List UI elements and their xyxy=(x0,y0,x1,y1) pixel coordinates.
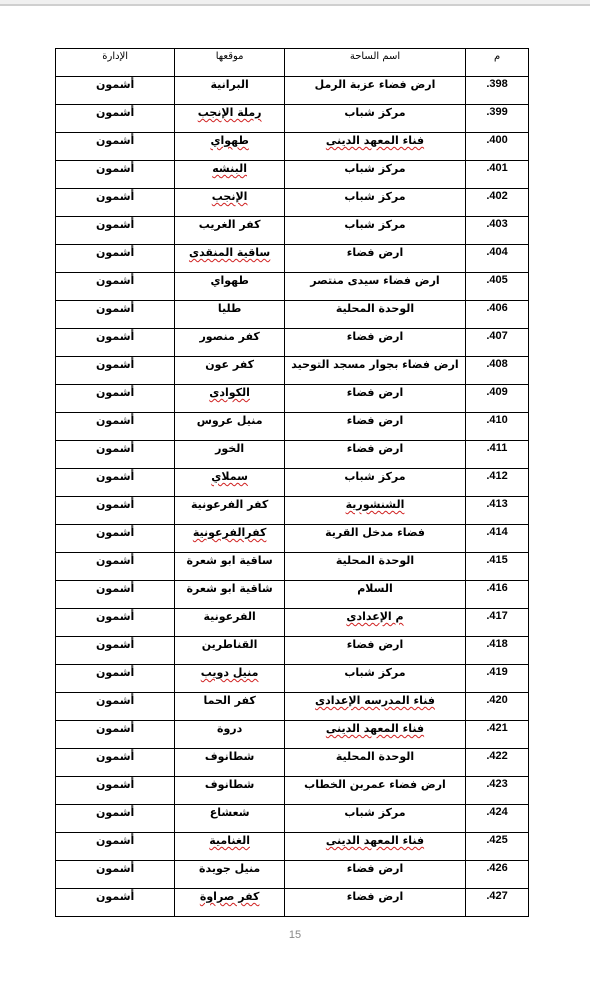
row-number-text: .423 xyxy=(486,778,507,790)
playground-name-text: السلام xyxy=(357,582,393,595)
location-cell: البرانية xyxy=(175,77,285,105)
location-text: الغنامية xyxy=(209,834,250,847)
row-number-text: .399 xyxy=(486,106,507,118)
location-text: شطانوف xyxy=(205,778,254,791)
playground-name-cell: السلام xyxy=(284,581,465,609)
playground-name-text: الوحدة المحلية xyxy=(336,554,414,567)
row-number-cell: .419 xyxy=(466,665,529,693)
row-number-cell: .403 xyxy=(466,217,529,245)
location-cell: الخور xyxy=(175,441,285,469)
location-text: منيل جويدة xyxy=(199,862,260,875)
location-cell: الإنجب xyxy=(175,189,285,217)
location-text: شاقية ابو شعرة xyxy=(187,582,273,595)
administration-cell: أشمون xyxy=(56,273,175,301)
table-row: .401مركز شبابالبنشهأشمون xyxy=(56,161,529,189)
administration-cell: أشمون xyxy=(56,637,175,665)
row-number-cell: .398 xyxy=(466,77,529,105)
playground-name-cell: ارض فضاء بجوار مسجد التوحيد xyxy=(284,357,465,385)
location-cell: شاقية ابو شعرة xyxy=(175,581,285,609)
administration-cell: أشمون xyxy=(56,217,175,245)
administration-text: أشمون xyxy=(96,470,134,483)
row-number-text: .412 xyxy=(486,470,507,482)
header-playground-name: اسم الساحة xyxy=(284,49,465,77)
location-text: دروة xyxy=(217,722,242,735)
table-row: .420فناء المدرسه الإعدادىكفر الحماأشمون xyxy=(56,693,529,721)
table-row: .425فناء المعهد الدينىالغناميةأشمون xyxy=(56,833,529,861)
row-number-text: .422 xyxy=(486,750,507,762)
playground-name-text: ارض فضاء xyxy=(347,638,404,651)
playground-name-text: ارض فضاء عزبة الرمل xyxy=(315,78,436,91)
row-number-cell: .404 xyxy=(466,245,529,273)
playground-name-cell: فناء المعهد الدينى xyxy=(284,133,465,161)
playground-name-text: مركز شباب xyxy=(344,162,405,175)
administration-text: أشمون xyxy=(96,106,134,119)
table-body: .398ارض فضاء عزبة الرملالبرانيةأشمون.399… xyxy=(56,77,529,917)
row-number-cell: .427 xyxy=(466,889,529,917)
location-cell: الكوادى xyxy=(175,385,285,413)
location-text: سملاي xyxy=(211,470,248,483)
location-text: منيل دويب xyxy=(201,666,259,679)
table-row: .413الشنشوريةكفر الفرعونيةأشمون xyxy=(56,497,529,525)
row-number-cell: .405 xyxy=(466,273,529,301)
table-row: .415الوحدة المحليةساقية ابو شعرةأشمون xyxy=(56,553,529,581)
location-cell: شطانوف xyxy=(175,777,285,805)
playground-name-cell: فضاء مدخل القرية xyxy=(284,525,465,553)
playground-name-text: ارض فضاء xyxy=(347,414,404,427)
location-cell: كفر الغريب xyxy=(175,217,285,245)
administration-text: أشمون xyxy=(96,246,134,259)
playground-name-cell: ارض فضاء xyxy=(284,637,465,665)
playground-name-text: الوحدة المحلية xyxy=(336,302,414,315)
playground-name-text: مركز شباب xyxy=(344,666,405,679)
playground-name-cell: فناء المدرسه الإعدادى xyxy=(284,693,465,721)
administration-cell: أشمون xyxy=(56,301,175,329)
table-row: .419مركز شبابمنيل دويبأشمون xyxy=(56,665,529,693)
location-cell: شطانوف xyxy=(175,749,285,777)
location-cell: كفرالفرعونية xyxy=(175,525,285,553)
playground-name-cell: مركز شباب xyxy=(284,217,465,245)
administration-text: أشمون xyxy=(96,358,134,371)
playground-name-cell: فناء المعهد الدينى xyxy=(284,833,465,861)
row-number-cell: .422 xyxy=(466,749,529,777)
playground-name-text: ارض فضاء xyxy=(347,862,404,875)
administration-cell: أشمون xyxy=(56,413,175,441)
administration-cell: أشمون xyxy=(56,525,175,553)
row-number-cell: .407 xyxy=(466,329,529,357)
administration-text: أشمون xyxy=(96,274,134,287)
playground-name-cell: ارض فضاء xyxy=(284,889,465,917)
playground-name-text: مركز شباب xyxy=(344,470,405,483)
playground-name-cell: مركز شباب xyxy=(284,469,465,497)
location-cell: كفر الحما xyxy=(175,693,285,721)
administration-text: أشمون xyxy=(96,890,134,903)
playground-name-cell: ارض فضاء عزبة الرمل xyxy=(284,77,465,105)
administration-cell: أشمون xyxy=(56,889,175,917)
row-number-cell: .399 xyxy=(466,105,529,133)
location-text: ساقية ابو شعرة xyxy=(187,554,273,567)
location-text: القناطرين xyxy=(202,638,258,651)
location-cell: ساقية المنقدى xyxy=(175,245,285,273)
administration-text: أشمون xyxy=(96,134,134,147)
table-row: .417م الإعدادىالفرعونيةأشمون xyxy=(56,609,529,637)
administration-text: أشمون xyxy=(96,190,134,203)
administration-cell: أشمون xyxy=(56,329,175,357)
playground-name-text: فناء المدرسه الإعدادى xyxy=(315,694,435,707)
location-text: شعشاع xyxy=(210,806,250,819)
table-row: .416السلامشاقية ابو شعرةأشمون xyxy=(56,581,529,609)
administration-text: أشمون xyxy=(96,666,134,679)
administration-cell: أشمون xyxy=(56,189,175,217)
location-cell: دروة xyxy=(175,721,285,749)
playground-name-text: ارض فضاء سيدى منتصر xyxy=(310,274,439,287)
playground-name-text: الوحدة المحلية xyxy=(336,750,414,763)
location-text: طهواي xyxy=(210,274,248,287)
location-text: البرانية xyxy=(210,78,248,91)
row-number-cell: .413 xyxy=(466,497,529,525)
administration-cell: أشمون xyxy=(56,357,175,385)
administration-cell: أشمون xyxy=(56,245,175,273)
location-text: الفرعونية xyxy=(203,610,255,623)
row-number-cell: .421 xyxy=(466,721,529,749)
administration-text: أشمون xyxy=(96,638,134,651)
row-number-cell: .426 xyxy=(466,861,529,889)
row-number-text: .417 xyxy=(486,610,507,622)
administration-text: أشمون xyxy=(96,750,134,763)
location-text: كفر صراوة xyxy=(200,890,260,903)
location-text: كفر الحما xyxy=(203,694,255,707)
header-administration: الإدارة xyxy=(56,49,175,77)
row-number-text: .409 xyxy=(486,386,507,398)
administration-cell: أشمون xyxy=(56,441,175,469)
location-cell: منيل دويب xyxy=(175,665,285,693)
row-number-cell: .412 xyxy=(466,469,529,497)
administration-cell: أشمون xyxy=(56,609,175,637)
playground-name-cell: الشنشورية xyxy=(284,497,465,525)
location-cell: الغنامية xyxy=(175,833,285,861)
playground-name-cell: ارض فضاء سيدى منتصر xyxy=(284,273,465,301)
location-cell: رملة الإنجب xyxy=(175,105,285,133)
row-number-cell: .423 xyxy=(466,777,529,805)
row-number-text: .398 xyxy=(486,78,507,90)
location-cell: كفر عون xyxy=(175,357,285,385)
header-location: موقعها xyxy=(175,49,285,77)
row-number-text: .404 xyxy=(486,246,507,258)
row-number-text: .424 xyxy=(486,806,507,818)
playground-name-cell: ارض فضاء xyxy=(284,245,465,273)
playground-name-cell: فناء المعهد الدينى xyxy=(284,721,465,749)
playground-name-cell: مركز شباب xyxy=(284,665,465,693)
table-row: .406الوحدة المحليةطلياأشمون xyxy=(56,301,529,329)
location-cell: كفر الفرعونية xyxy=(175,497,285,525)
table-row: .399مركز شبابرملة الإنجبأشمون xyxy=(56,105,529,133)
row-number-cell: .416 xyxy=(466,581,529,609)
location-cell: منيل عروس xyxy=(175,413,285,441)
row-number-cell: .420 xyxy=(466,693,529,721)
row-number-text: .427 xyxy=(486,890,507,902)
row-number-cell: .402 xyxy=(466,189,529,217)
playground-name-text: ارض فضاء xyxy=(347,442,404,455)
playground-name-text: الشنشورية xyxy=(346,498,405,511)
playground-name-cell: الوحدة المحلية xyxy=(284,749,465,777)
playground-name-cell: مركز شباب xyxy=(284,805,465,833)
administration-text: أشمون xyxy=(96,554,134,567)
location-text: رملة الإنجب xyxy=(198,106,262,119)
row-number-text: .414 xyxy=(486,526,507,538)
table-row: .404ارض فضاءساقية المنقدىأشمون xyxy=(56,245,529,273)
playground-name-cell: م الإعدادى xyxy=(284,609,465,637)
administration-cell: أشمون xyxy=(56,833,175,861)
location-cell: منيل جويدة xyxy=(175,861,285,889)
row-number-text: .421 xyxy=(486,722,507,734)
table-row: .403مركز شبابكفر الغريبأشمون xyxy=(56,217,529,245)
location-text: كفر منصور xyxy=(199,330,259,343)
location-cell: طليا xyxy=(175,301,285,329)
administration-cell: أشمون xyxy=(56,665,175,693)
table-row: .410ارض فضاءمنيل عروسأشمون xyxy=(56,413,529,441)
table-row: .422الوحدة المحليةشطانوفأشمون xyxy=(56,749,529,777)
playground-name-text: ارض فضاء xyxy=(347,330,404,343)
administration-cell: أشمون xyxy=(56,777,175,805)
location-cell: شعشاع xyxy=(175,805,285,833)
administration-text: أشمون xyxy=(96,610,134,623)
row-number-text: .408 xyxy=(486,358,507,370)
table-row: .426ارض فضاءمنيل جويدةأشمون xyxy=(56,861,529,889)
row-number-text: .420 xyxy=(486,694,507,706)
row-number-text: .426 xyxy=(486,862,507,874)
playground-name-cell: مركز شباب xyxy=(284,161,465,189)
playground-name-text: ارض فضاء xyxy=(347,890,404,903)
location-text: كفر الفرعونية xyxy=(191,498,268,511)
playground-name-cell: ارض فضاء xyxy=(284,413,465,441)
table-row: .408ارض فضاء بجوار مسجد التوحيدكفر عونأش… xyxy=(56,357,529,385)
row-number-text: .406 xyxy=(486,302,507,314)
playground-name-text: مركز شباب xyxy=(344,806,405,819)
table-row: .421فناء المعهد الدينىدروةأشمون xyxy=(56,721,529,749)
administration-text: أشمون xyxy=(96,386,134,399)
row-number-text: .425 xyxy=(486,834,507,846)
administration-text: أشمون xyxy=(96,862,134,875)
table-row: .409ارض فضاءالكوادىأشمون xyxy=(56,385,529,413)
administration-text: أشمون xyxy=(96,78,134,91)
table-row: .423ارض فضاء عمربن الخطابشطانوفأشمون xyxy=(56,777,529,805)
administration-text: أشمون xyxy=(96,694,134,707)
administration-cell: أشمون xyxy=(56,749,175,777)
location-text: البنشه xyxy=(212,162,247,175)
playground-name-cell: ارض فضاء xyxy=(284,385,465,413)
table-row: .407ارض فضاءكفر منصورأشمون xyxy=(56,329,529,357)
playground-name-text: ارض فضاء xyxy=(347,386,404,399)
administration-text: أشمون xyxy=(96,218,134,231)
location-cell: كفر صراوة xyxy=(175,889,285,917)
row-number-cell: .415 xyxy=(466,553,529,581)
administration-text: أشمون xyxy=(96,330,134,343)
row-number-cell: .406 xyxy=(466,301,529,329)
table-row: .411ارض فضاءالخورأشمون xyxy=(56,441,529,469)
location-text: ساقية المنقدى xyxy=(189,246,270,259)
location-text: شطانوف xyxy=(205,750,254,763)
row-number-text: .419 xyxy=(486,666,507,678)
playground-name-text: مركز شباب xyxy=(344,106,405,119)
playground-name-text: مركز شباب xyxy=(344,190,405,203)
administration-cell: أشمون xyxy=(56,77,175,105)
administration-cell: أشمون xyxy=(56,469,175,497)
table-row: .414فضاء مدخل القريةكفرالفرعونيةأشمون xyxy=(56,525,529,553)
administration-text: أشمون xyxy=(96,498,134,511)
location-text: الإنجب xyxy=(212,190,248,203)
row-number-text: .416 xyxy=(486,582,507,594)
table-row: .405ارض فضاء سيدى منتصرطهوايأشمون xyxy=(56,273,529,301)
administration-text: أشمون xyxy=(96,778,134,791)
administration-cell: أشمون xyxy=(56,161,175,189)
administration-cell: أشمون xyxy=(56,721,175,749)
administration-cell: أشمون xyxy=(56,105,175,133)
playground-name-cell: الوحدة المحلية xyxy=(284,553,465,581)
row-number-cell: .409 xyxy=(466,385,529,413)
row-number-text: .403 xyxy=(486,218,507,230)
table-row: .424مركز شبابشعشاعأشمون xyxy=(56,805,529,833)
row-number-text: .407 xyxy=(486,330,507,342)
playground-name-text: م الإعدادى xyxy=(346,610,403,623)
administration-text: أشمون xyxy=(96,302,134,315)
location-text: طهواي xyxy=(210,134,248,147)
administration-text: أشمون xyxy=(96,806,134,819)
row-number-cell: .401 xyxy=(466,161,529,189)
administration-cell: أشمون xyxy=(56,385,175,413)
row-number-text: .411 xyxy=(487,442,508,454)
administration-text: أشمون xyxy=(96,162,134,175)
row-number-cell: .424 xyxy=(466,805,529,833)
row-number-text: .415 xyxy=(486,554,507,566)
table-row: .400فناء المعهد الدينىطهوايأشمون xyxy=(56,133,529,161)
administration-text: أشمون xyxy=(96,722,134,735)
row-number-cell: .408 xyxy=(466,357,529,385)
administration-cell: أشمون xyxy=(56,553,175,581)
row-number-text: .400 xyxy=(486,134,507,146)
location-cell: طهواي xyxy=(175,273,285,301)
row-number-text: .402 xyxy=(486,190,507,202)
location-cell: طهواي xyxy=(175,133,285,161)
location-cell: الفرعونية xyxy=(175,609,285,637)
administration-text: أشمون xyxy=(96,582,134,595)
administration-cell: أشمون xyxy=(56,497,175,525)
location-cell: سملاي xyxy=(175,469,285,497)
playground-name-cell: ارض فضاء عمربن الخطاب xyxy=(284,777,465,805)
location-cell: ساقية ابو شعرة xyxy=(175,553,285,581)
row-number-text: .405 xyxy=(486,274,507,286)
table-row: .418ارض فضاءالقناطرينأشمون xyxy=(56,637,529,665)
row-number-cell: .417 xyxy=(466,609,529,637)
location-text: كفر الغريب xyxy=(199,218,261,231)
row-number-text: .410 xyxy=(486,414,507,426)
location-cell: القناطرين xyxy=(175,637,285,665)
row-number-cell: .425 xyxy=(466,833,529,861)
administration-text: أشمون xyxy=(96,526,134,539)
table-row: .427ارض فضاءكفر صراوةأشمون xyxy=(56,889,529,917)
administration-cell: أشمون xyxy=(56,861,175,889)
playgrounds-table: م اسم الساحة موقعها الإدارة .398ارض فضاء… xyxy=(55,48,529,917)
table-row: .402مركز شبابالإنجبأشمون xyxy=(56,189,529,217)
administration-text: أشمون xyxy=(96,442,134,455)
administration-text: أشمون xyxy=(96,414,134,427)
playground-name-text: مركز شباب xyxy=(344,218,405,231)
playground-name-cell: ارض فضاء xyxy=(284,441,465,469)
administration-cell: أشمون xyxy=(56,693,175,721)
row-number-cell: .414 xyxy=(466,525,529,553)
administration-cell: أشمون xyxy=(56,133,175,161)
playground-name-cell: الوحدة المحلية xyxy=(284,301,465,329)
administration-cell: أشمون xyxy=(56,805,175,833)
playground-name-text: ارض فضاء بجوار مسجد التوحيد xyxy=(291,358,458,371)
window-top-edge xyxy=(0,0,590,6)
administration-text: أشمون xyxy=(96,834,134,847)
playground-name-cell: ارض فضاء xyxy=(284,861,465,889)
playground-name-text: ارض فضاء عمربن الخطاب xyxy=(304,778,446,791)
location-cell: البنشه xyxy=(175,161,285,189)
table-row: .412مركز شبابسملايأشمون xyxy=(56,469,529,497)
playground-name-cell: مركز شباب xyxy=(284,189,465,217)
header-number: م xyxy=(466,49,529,77)
location-cell: كفر منصور xyxy=(175,329,285,357)
row-number-text: .413 xyxy=(486,498,507,510)
location-text: كفر عون xyxy=(205,358,254,371)
page-number: 15 xyxy=(0,929,590,941)
row-number-cell: .410 xyxy=(466,413,529,441)
table-row: .398ارض فضاء عزبة الرملالبرانيةأشمون xyxy=(56,77,529,105)
administration-cell: أشمون xyxy=(56,581,175,609)
row-number-text: .418 xyxy=(486,638,507,650)
playground-name-text: فناء المعهد الدينى xyxy=(326,134,424,147)
playground-name-cell: ارض فضاء xyxy=(284,329,465,357)
row-number-text: .401 xyxy=(486,162,507,174)
row-number-cell: .411 xyxy=(466,441,529,469)
playground-name-text: فناء المعهد الدينى xyxy=(326,722,424,735)
playground-name-text: ارض فضاء xyxy=(347,246,404,259)
playground-name-cell: مركز شباب xyxy=(284,105,465,133)
location-text: منيل عروس xyxy=(197,414,263,427)
location-text: الكوادى xyxy=(209,386,250,399)
row-number-cell: .400 xyxy=(466,133,529,161)
row-number-cell: .418 xyxy=(466,637,529,665)
playground-name-text: فضاء مدخل القرية xyxy=(325,526,425,539)
location-text: الخور xyxy=(215,442,244,455)
table-header-row: م اسم الساحة موقعها الإدارة xyxy=(56,49,529,77)
location-text: كفرالفرعونية xyxy=(193,526,267,539)
playground-name-text: فناء المعهد الدينى xyxy=(326,834,424,847)
location-text: طليا xyxy=(218,302,241,315)
